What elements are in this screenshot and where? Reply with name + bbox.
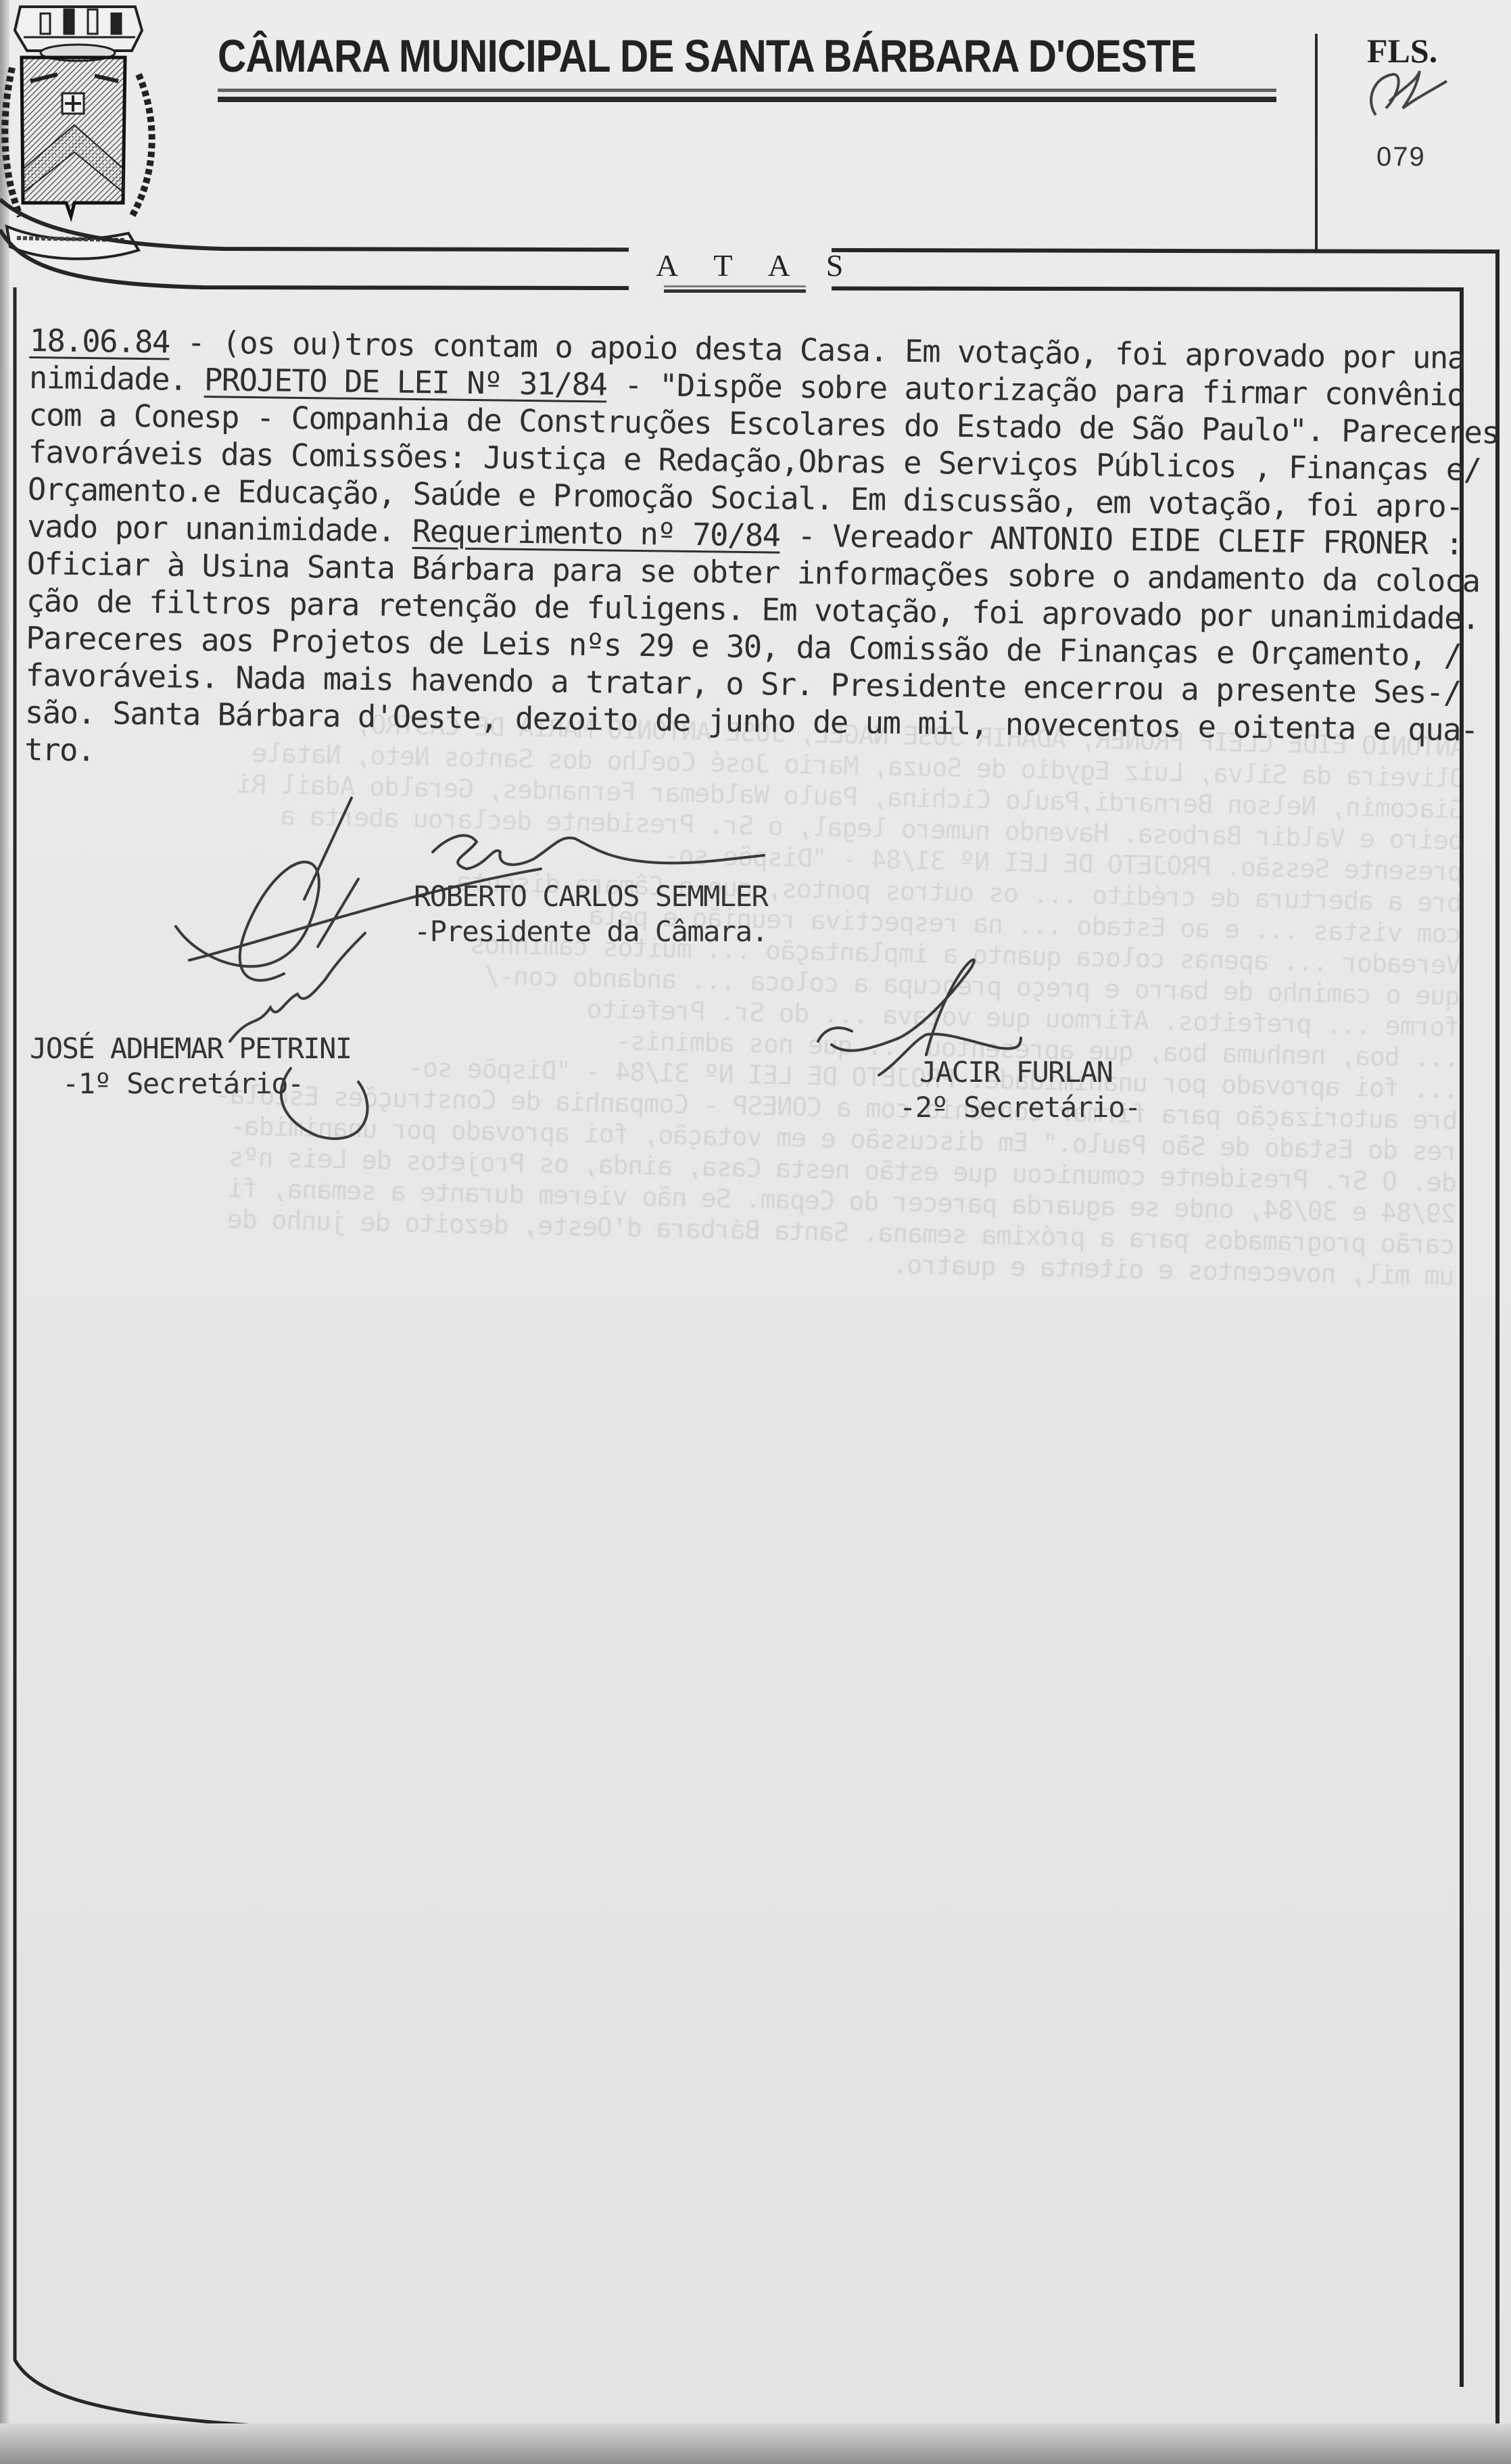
second-secretary-name: JACIR FURLAN	[899, 1055, 1141, 1090]
title-rule-thick	[218, 97, 1276, 102]
page-edge-shadow	[0, 0, 9, 2464]
section-title: A T A S	[656, 247, 858, 283]
second-secretary-role: -2º Secretário-	[899, 1090, 1141, 1125]
minutes-body: 18.06.84 - (os ou)tros contam o apoio de…	[24, 322, 1470, 786]
initials-signature-icon	[1362, 61, 1457, 122]
first-secretary-signature-block: JOSÉ ADHEMAR PETRINI -1º Secretário-	[30, 1031, 352, 1101]
first-secretary-role: -1º Secretário-	[30, 1066, 352, 1101]
header-divider	[1315, 34, 1318, 252]
first-secretary-name: JOSÉ ADHEMAR PETRINI	[30, 1031, 352, 1066]
page-bottom-shadow	[0, 2423, 1511, 2464]
underlined-heading: PROJETO DE LEI Nº 31/84	[204, 362, 607, 402]
second-secretary-signature-block: JACIR FURLAN -2º Secretário-	[899, 1055, 1141, 1125]
president-role: -Presidente da Câmara.	[414, 914, 767, 949]
minutes-text: tro.	[24, 732, 95, 768]
section-title-rule-thick	[664, 289, 806, 293]
underlined-heading: 18.06.84	[29, 323, 170, 360]
minutes-text: nimidade.	[29, 360, 205, 398]
president-signature-block: ROBERTO CARLOS SEMMLER -Presidente da Câ…	[414, 879, 767, 949]
section-title-rule-thin	[664, 285, 806, 287]
president-name: ROBERTO CARLOS SEMMLER	[414, 879, 767, 914]
minutes-text: vado por unanimidade.	[27, 508, 412, 549]
institution-title: CÂMARA MUNICIPAL DE SANTA BÁRBARA D'OEST…	[218, 30, 1130, 82]
underlined-heading: Requerimento nº 70/84	[412, 513, 780, 554]
sheet-number: 079	[1376, 142, 1426, 172]
bleed-through-text: ANTONIO EIDE CLEIF FRONER, ADAHIR JOSE N…	[22, 702, 1466, 1292]
title-rule-thin	[218, 89, 1276, 92]
coat-of-arms-icon	[0, 0, 169, 267]
